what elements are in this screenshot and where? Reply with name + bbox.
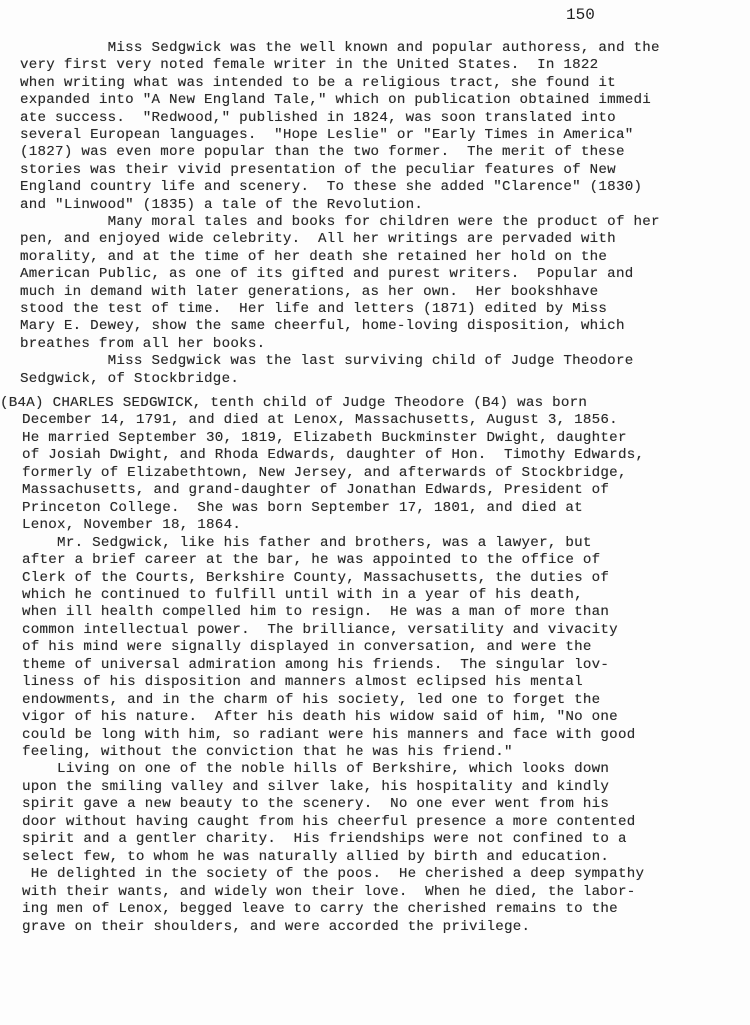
text-line: liness of his disposition and manners al… [22, 674, 583, 691]
text-line: He married September 30, 1819, Elizabeth… [22, 430, 627, 447]
text-line: Mr. Sedgwick, like his father and brothe… [22, 535, 592, 552]
text-line: (1827) was even more popular than the tw… [20, 144, 625, 161]
text-line: Lenox, November 18, 1864. [22, 517, 241, 534]
text-line: common intellectual power. The brillianc… [22, 622, 618, 639]
text-line: spirit gave a new beauty to the scenery.… [22, 796, 609, 813]
text-line: after a brief career at the bar, he was … [22, 552, 600, 569]
text-line: morality, and at the time of her death s… [20, 249, 607, 266]
text-line: American Public, as one of its gifted an… [20, 266, 633, 283]
text-line: formerly of Elizabethtown, New Jersey, a… [22, 465, 627, 482]
text-line: ing men of Lenox, begged leave to carry … [22, 901, 618, 918]
text-line: very first very noted female writer in t… [20, 57, 598, 74]
text-line: December 14, 1791, and died at Lenox, Ma… [22, 412, 618, 429]
text-line: He delighted in the society of the poos.… [22, 866, 644, 883]
text-line: Massachusetts, and grand-daughter of Jon… [22, 482, 609, 499]
text-line: (B4A) CHARLES SEDGWICK, tenth child of J… [0, 395, 587, 412]
text-line: stories was their vivid presentation of … [20, 162, 616, 179]
text-line: select few, to whom he was naturally all… [22, 849, 609, 866]
text-line: England country life and scenery. To the… [20, 179, 642, 196]
text-line: vigor of his nature. After his death his… [22, 709, 618, 726]
text-line: of his mind were signally displayed in c… [22, 639, 592, 656]
text-line: theme of universal admiration among his … [22, 657, 609, 674]
text-line: Miss Sedgwick was the last surviving chi… [20, 353, 633, 370]
text-line: breathes from all her books. [20, 336, 265, 353]
text-line: and "Linwood" (1835) a tale of the Revol… [20, 197, 423, 214]
text-line: grave on their shoulders, and were accor… [22, 919, 530, 936]
text-line: feeling, without the conviction that he … [22, 744, 513, 761]
text-line: several European languages. "Hope Leslie… [20, 127, 633, 144]
text-line: stood the test of time. Her life and let… [20, 301, 607, 318]
text-line: when ill health compelled him to resign.… [22, 604, 609, 621]
typewritten-page: 150 Miss Sedgwick was the well known and… [0, 0, 750, 1025]
text-line: endowments, and in the charm of his soci… [22, 692, 600, 709]
text-line: door without having caught from his chee… [22, 814, 635, 831]
text-line: Mary E. Dewey, show the same cheerful, h… [20, 318, 625, 335]
text-line: much in demand with later generations, a… [20, 284, 598, 301]
text-line: which he continued to fulfill until with… [22, 587, 583, 604]
text-line: ate success. "Redwood," published in 182… [20, 110, 616, 127]
text-line: when writing what was intended to be a r… [20, 75, 616, 92]
text-line: Sedgwick, of Stockbridge. [20, 371, 239, 388]
text-line: upon the smiling valley and silver lake,… [22, 779, 609, 796]
page-number: 150 [566, 6, 595, 24]
text-line: pen, and enjoyed wide celebrity. All her… [20, 231, 616, 248]
text-line: with their wants, and widely won their l… [22, 884, 635, 901]
text-line: of Josiah Dwight, and Rhoda Edwards, dau… [22, 447, 644, 464]
text-line: Living on one of the noble hills of Berk… [22, 761, 609, 778]
text-line: expanded into "A New England Tale," whic… [20, 92, 651, 109]
text-line: Clerk of the Courts, Berkshire County, M… [22, 570, 609, 587]
text-line: Many moral tales and books for children … [20, 214, 660, 231]
text-line: Princeton College. She was born Septembe… [22, 500, 583, 517]
text-line: spirit and a gentler charity. His friend… [22, 831, 627, 848]
text-line: Miss Sedgwick was the well known and pop… [20, 40, 660, 57]
text-line: could be long with him, so radiant were … [22, 727, 635, 744]
